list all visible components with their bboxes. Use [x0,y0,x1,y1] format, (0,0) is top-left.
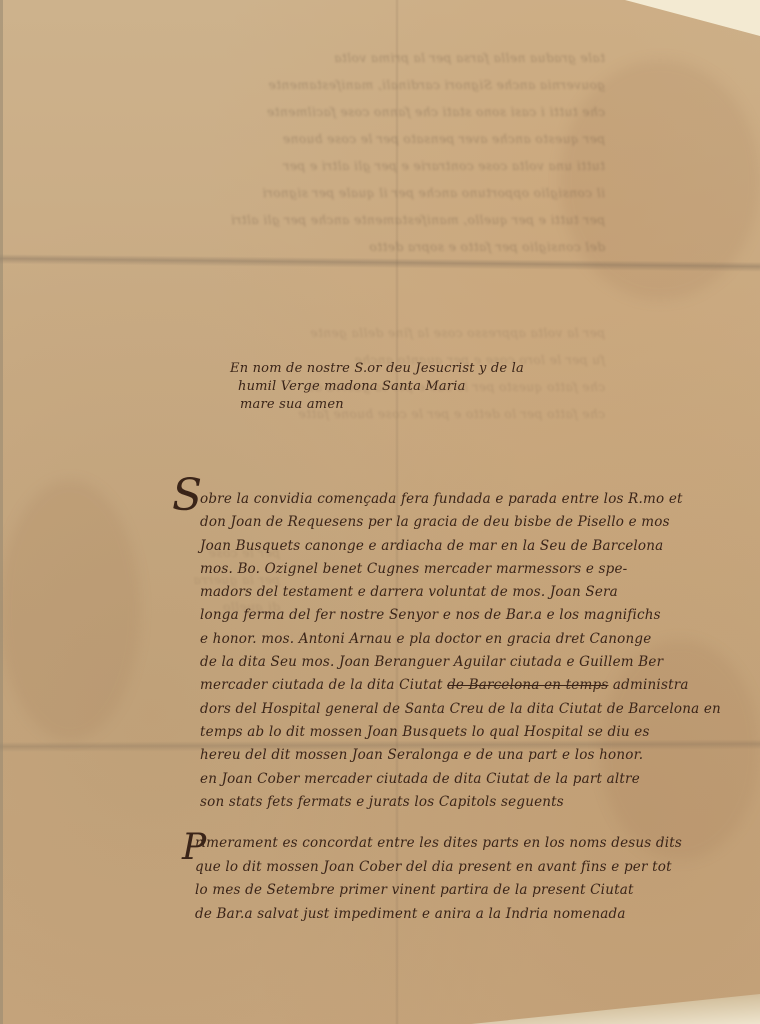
bleed-line: per questo anche aver pensato per le cos… [105,126,605,153]
bleed-line: che tutti i casi sono stati che fanno co… [105,99,605,126]
invocation-line: mare sua amen [240,396,524,414]
dropcap-s: S [172,474,202,518]
preamble-line: don Joan de Requesens per la gracia de d… [200,511,721,534]
torn-corner-top-right [625,0,760,36]
preamble-paragraph: obre la convidia començada fera fundada … [200,488,721,814]
preamble-line: de la dita Seu mos. Joan Beranguer Aguil… [200,651,721,674]
article-line: de Bar.a salvat just impediment e anira … [195,903,682,927]
preamble-line: madors del testament e darrera voluntat … [200,581,721,604]
bleed-through-text-top: tale gradua nella farsa per la prima vol… [105,45,605,261]
article-line: que lo dit mossen Joan Cober del dia pre… [195,856,682,880]
preamble-line: hereu del dit mossen Joan Seralonga e de… [200,744,721,767]
preamble-line: en Joan Cober mercader ciutada de dita C… [200,768,721,791]
preamble-line: Joan Busquets canonge e ardiacha de mar … [200,535,721,558]
manuscript-page: tale gradua nella farsa per la prima vol… [0,0,760,1024]
preamble-line: son stats fets fermats e jurats los Capi… [200,791,721,814]
preamble-line: e honor. mos. Antoni Arnau e pla doctor … [200,628,721,651]
preamble-line-with-strikethrough: mercader ciutada de la dita Ciutat de Ba… [200,674,721,697]
invocation-heading: En nom de nostre S.or deu Jesucrist y de… [230,360,524,414]
bleed-line: tutti una volta cose contrarie e per gli… [105,153,605,180]
preamble-line: obre la convidia començada fera fundada … [200,488,721,511]
bleed-line: per tutti e per quello, manifestamente a… [105,207,605,234]
invocation-line: humil Verge madona Santa Maria [238,378,524,396]
preamble-line: dors del Hospital general de Santa Creu … [200,698,721,721]
invocation-line: En nom de nostre S.or deu Jesucrist y de… [230,360,524,378]
struck-out-text: de Barcelona en temps [447,677,608,693]
page-left-edge [0,0,3,1024]
torn-edge-bottom-right [0,974,760,1024]
article-line: rimerament es concordat entre les dites … [195,832,682,856]
article-line: lo mes de Setembre primer vinent partira… [195,879,682,903]
preamble-line: longa ferma del fer nostre Senyor e nos … [200,604,721,627]
bleed-line: tale gradua nella farsa per la prima vol… [105,45,605,72]
preamble-line: temps ab lo dit mossen Joan Busquets lo … [200,721,721,744]
preamble-line: mos. Bo. Ozignel benet Cugnes mercader m… [200,558,721,581]
bleed-line: per la volta appresso cose la fine della… [105,320,605,347]
bleed-line: il consiglio opportuno anche per il qual… [105,180,605,207]
first-article-paragraph: rimerament es concordat entre les dites … [195,832,682,926]
bleed-line: gouvernia anche Signori cardinali, manif… [105,72,605,99]
